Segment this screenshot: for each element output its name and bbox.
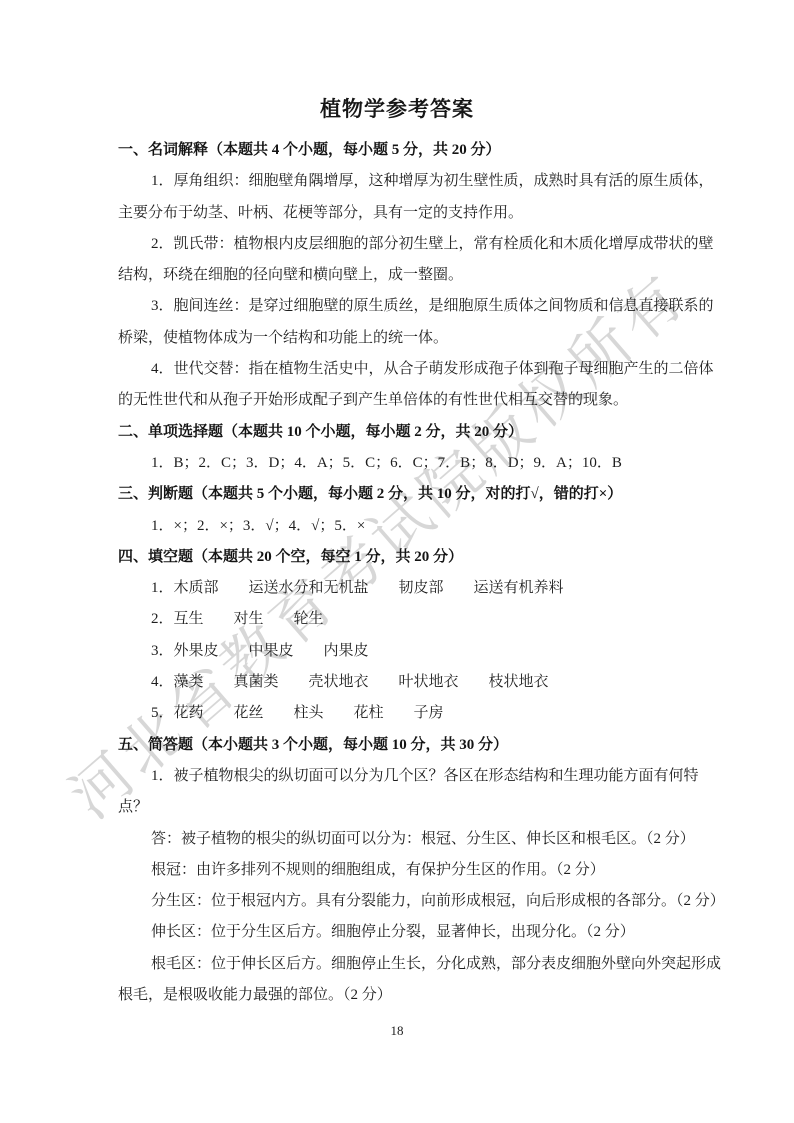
short-answer-line-1: 答：被子植物的根尖的纵切面可以分为：根冠、分生区、伸长区和根毛区。（2 分） (118, 824, 676, 855)
fill-blank-item-2-terms: 互生 对生 轮生 (174, 611, 324, 627)
fill-blank-item-2-number: 2． (151, 611, 174, 627)
short-answer-line-4: 伸长区：位于分生区后方。细胞停止分裂，显著伸长，出现分化。（2 分） (118, 917, 676, 948)
fill-blank-item-4: 4．藻类 真菌类 壳状地衣 叶状地衣 枝状地衣 (118, 667, 676, 698)
definition-item-3-line-2: 桥梁，使植物体成为一个结构和功能上的统一体。 (118, 323, 676, 354)
definition-item-4-line-1: 4．世代交替：指在植物生活史中，从合子萌发形成孢子体到孢子母细胞产生的二倍体 (118, 354, 676, 385)
short-answer-question-line-2: 点？ (118, 792, 676, 823)
definition-item-1-line-2: 主要分布于幼茎、叶柄、花梗等部分，具有一定的支持作用。 (118, 198, 676, 229)
fill-blank-item-3: 3．外果皮 中果皮 内果皮 (118, 636, 676, 667)
definition-item-2-line-1: 2．凯氏带：植物根内皮层细胞的部分初生壁上，常有栓质化和木质化增厚成带状的壁 (118, 229, 676, 260)
definition-item-1-line-1: 1．厚角组织：细胞壁角隅增厚，这种增厚为初生壁性质，成熟时具有活的原生质体， (118, 166, 676, 197)
section-two-heading: 二、单项选择题（本题共 10 个小题，每小题 2 分，共 20 分） (118, 417, 676, 448)
fill-blank-item-1-number: 1． (151, 580, 174, 596)
fill-blank-item-5: 5．花药 花丝 柱头 花柱 子房 (118, 698, 676, 729)
page-number: 18 (0, 1022, 794, 1040)
document-title: 植物学参考答案 (118, 96, 676, 124)
definition-item-2-line-2: 结构，环绕在细胞的径向壁和横向壁上，成一整圈。 (118, 260, 676, 291)
fill-blank-item-4-terms: 藻类 真菌类 壳状地衣 叶状地衣 枝状地衣 (174, 674, 549, 690)
document-page: 河北省教育考试院版权所有 植物学参考答案 一、名词解释（本题共 4 个小题，每小… (0, 0, 794, 1123)
true-false-answers: 1．×；2．×；3．√；4．√；5．× (118, 511, 676, 542)
fill-blank-item-5-terms: 花药 花丝 柱头 花柱 子房 (174, 705, 444, 721)
document-content: 植物学参考答案 一、名词解释（本题共 4 个小题，每小题 5 分，共 20 分）… (118, 96, 676, 1011)
short-answer-line-3: 分生区：位于根冠内方。具有分裂能力，向前形成根冠，向后形成根的各部分。（2 分） (118, 886, 676, 917)
section-one-heading: 一、名词解释（本题共 4 个小题，每小题 5 分，共 20 分） (118, 135, 676, 166)
section-three-heading: 三、判断题（本题共 5 个小题，每小题 2 分，共 10 分，对的打√，错的打×… (118, 479, 676, 510)
short-answer-line-5: 根毛区：位于伸长区后方。细胞停止生长，分化成熟，部分表皮细胞外壁向外突起形成 (118, 949, 676, 980)
section-four-heading: 四、填空题（本题共 20 个空，每空 1 分，共 20 分） (118, 542, 676, 573)
multiple-choice-answers: 1．B；2．C；3．D；4．A；5．C；6．C；7．B；8．D；9．A；10．B (118, 448, 676, 479)
fill-blank-item-3-number: 3． (151, 643, 174, 659)
short-answer-line-6: 根毛，是根吸收能力最强的部位。（2 分） (118, 980, 676, 1011)
short-answer-line-2: 根冠：由许多排列不规则的细胞组成，有保护分生区的作用。（2 分） (118, 855, 676, 886)
fill-blank-item-1-terms: 木质部 运送水分和无机盐 韧皮部 运送有机养料 (174, 580, 564, 596)
fill-blank-item-4-number: 4． (151, 674, 174, 690)
fill-blank-item-5-number: 5． (151, 705, 174, 721)
fill-blank-item-2: 2．互生 对生 轮生 (118, 604, 676, 635)
definition-item-3-line-1: 3．胞间连丝：是穿过细胞壁的原生质丝，是细胞原生质体之间物质和信息直接联系的 (118, 291, 676, 322)
section-five-heading: 五、简答题（本小题共 3 个小题，每小题 10 分，共 30 分） (118, 730, 676, 761)
short-answer-question-line-1: 1．被子植物根尖的纵切面可以分为几个区？各区在形态结构和生理功能方面有何特 (118, 761, 676, 792)
fill-blank-item-1: 1．木质部 运送水分和无机盐 韧皮部 运送有机养料 (118, 573, 676, 604)
definition-item-4-line-2: 的无性世代和从孢子开始形成配子到产生单倍体的有性世代相互交替的现象。 (118, 385, 676, 416)
fill-blank-item-3-terms: 外果皮 中果皮 内果皮 (174, 643, 369, 659)
